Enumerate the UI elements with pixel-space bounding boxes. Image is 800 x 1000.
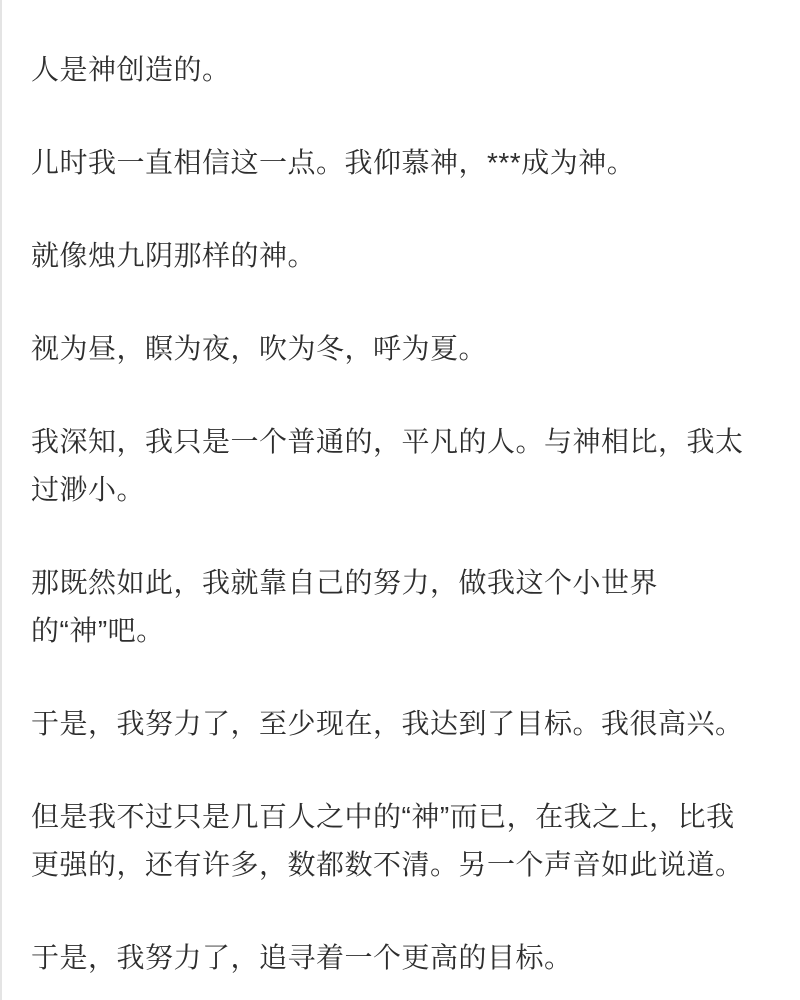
document-page: 人是神创造的。 儿时我一直相信这一点。我仰慕神，***成为神。 就像烛九阴那样的… <box>0 0 800 1000</box>
paragraph-line: 那既然如此，我就靠自己的努力，做我这个小世界 <box>31 559 772 607</box>
paragraph: 人是神创造的。 <box>31 46 772 94</box>
paragraph: 那既然如此，我就靠自己的努力，做我这个小世界 的“神”吧。 <box>31 559 772 655</box>
paragraph-line: 人是神创造的。 <box>31 46 772 94</box>
paragraph-line: 我深知，我只是一个普通的，平凡的人。与神相比，我太 <box>31 418 772 466</box>
page-left-edge <box>0 0 2 1000</box>
paragraph-line: 过渺小。 <box>31 466 772 514</box>
paragraph: 但是我不过只是几百人之中的“神”而已，在我之上，比我 更强的，还有许多，数都数不… <box>31 793 772 889</box>
paragraph-line: 就像烛九阴那样的神。 <box>31 232 772 280</box>
paragraph: 我深知，我只是一个普通的，平凡的人。与神相比，我太 过渺小。 <box>31 418 772 514</box>
paragraph: 于是，我努力了，追寻着一个更高的目标。 <box>31 934 772 982</box>
paragraph-line: 儿时我一直相信这一点。我仰慕神，***成为神。 <box>31 139 772 187</box>
paragraph-line: 于是，我努力了，追寻着一个更高的目标。 <box>31 934 772 982</box>
paragraph: 儿时我一直相信这一点。我仰慕神，***成为神。 <box>31 139 772 187</box>
paragraph-line: 更强的，还有许多，数都数不清。另一个声音如此说道。 <box>31 841 772 889</box>
paragraph-line: 但是我不过只是几百人之中的“神”而已，在我之上，比我 <box>31 793 772 841</box>
paragraph-line: 于是，我努力了，至少现在，我达到了目标。我很高兴。 <box>31 700 772 748</box>
paragraph: 于是，我努力了，至少现在，我达到了目标。我很高兴。 <box>31 700 772 748</box>
paragraph-line: 视为昼，瞑为夜，吹为冬，呼为夏。 <box>31 325 772 373</box>
paragraph: 视为昼，瞑为夜，吹为冬，呼为夏。 <box>31 325 772 373</box>
paragraph-line: 的“神”吧。 <box>31 607 772 655</box>
paragraph: 就像烛九阴那样的神。 <box>31 232 772 280</box>
